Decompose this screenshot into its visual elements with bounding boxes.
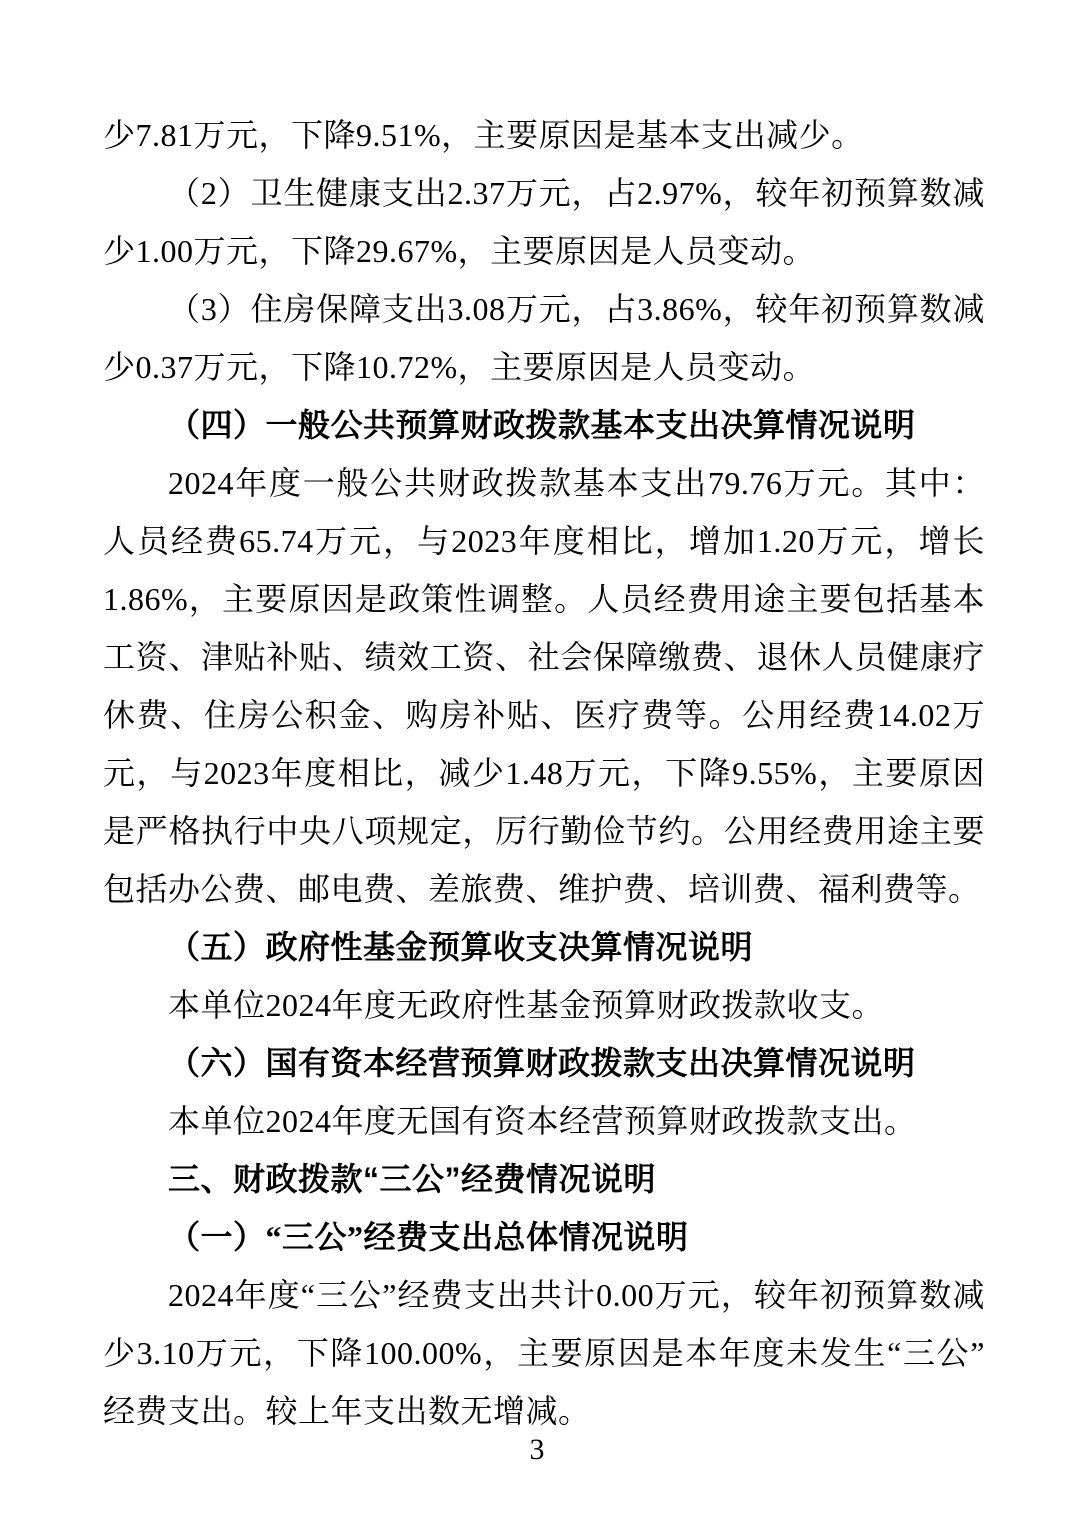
heading-section-4-basic-expenditure: （四）一般公共预算财政拨款基本支出决算情况说明	[103, 396, 985, 454]
paragraph-basic-expenditure-detail: 2024年度一般公共财政拨款基本支出79.76万元。其中：人员经费65.74万元…	[103, 454, 985, 918]
paragraph-three-public-detail: 2024年度“三公”经费支出共计0.00万元，较年初预算数减少3.10万元，下降…	[103, 1266, 985, 1440]
heading-part-3-three-public-funds: 三、财政拨款“三公”经费情况说明	[103, 1150, 985, 1208]
document-body: 少7.81万元，下降9.51%，主要原因是基本支出减少。 （2）卫生健康支出2.…	[103, 106, 985, 1440]
heading-section-6-state-capital: （六）国有资本经营预算财政拨款支出决算情况说明	[103, 1034, 985, 1092]
document-page: 少7.81万元，下降9.51%，主要原因是基本支出减少。 （2）卫生健康支出2.…	[0, 0, 1074, 1520]
heading-section-5-government-fund: （五）政府性基金预算收支决算情况说明	[103, 918, 985, 976]
page-number: 3	[0, 1432, 1074, 1468]
paragraph-continuation-social-security-expense: 少7.81万元，下降9.51%，主要原因是基本支出减少。	[103, 106, 985, 164]
paragraph-government-fund-none: 本单位2024年度无政府性基金预算财政拨款收支。	[103, 976, 985, 1034]
paragraph-health-expense: （2）卫生健康支出2.37万元，占2.97%，较年初预算数减少1.00万元，下降…	[103, 164, 985, 280]
paragraph-state-capital-none: 本单位2024年度无国有资本经营预算财政拨款支出。	[103, 1092, 985, 1150]
paragraph-housing-expense: （3）住房保障支出3.08万元，占3.86%，较年初预算数减少0.37万元，下降…	[103, 280, 985, 396]
heading-section-1-three-public-overall: （一）“三公”经费支出总体情况说明	[103, 1208, 985, 1266]
